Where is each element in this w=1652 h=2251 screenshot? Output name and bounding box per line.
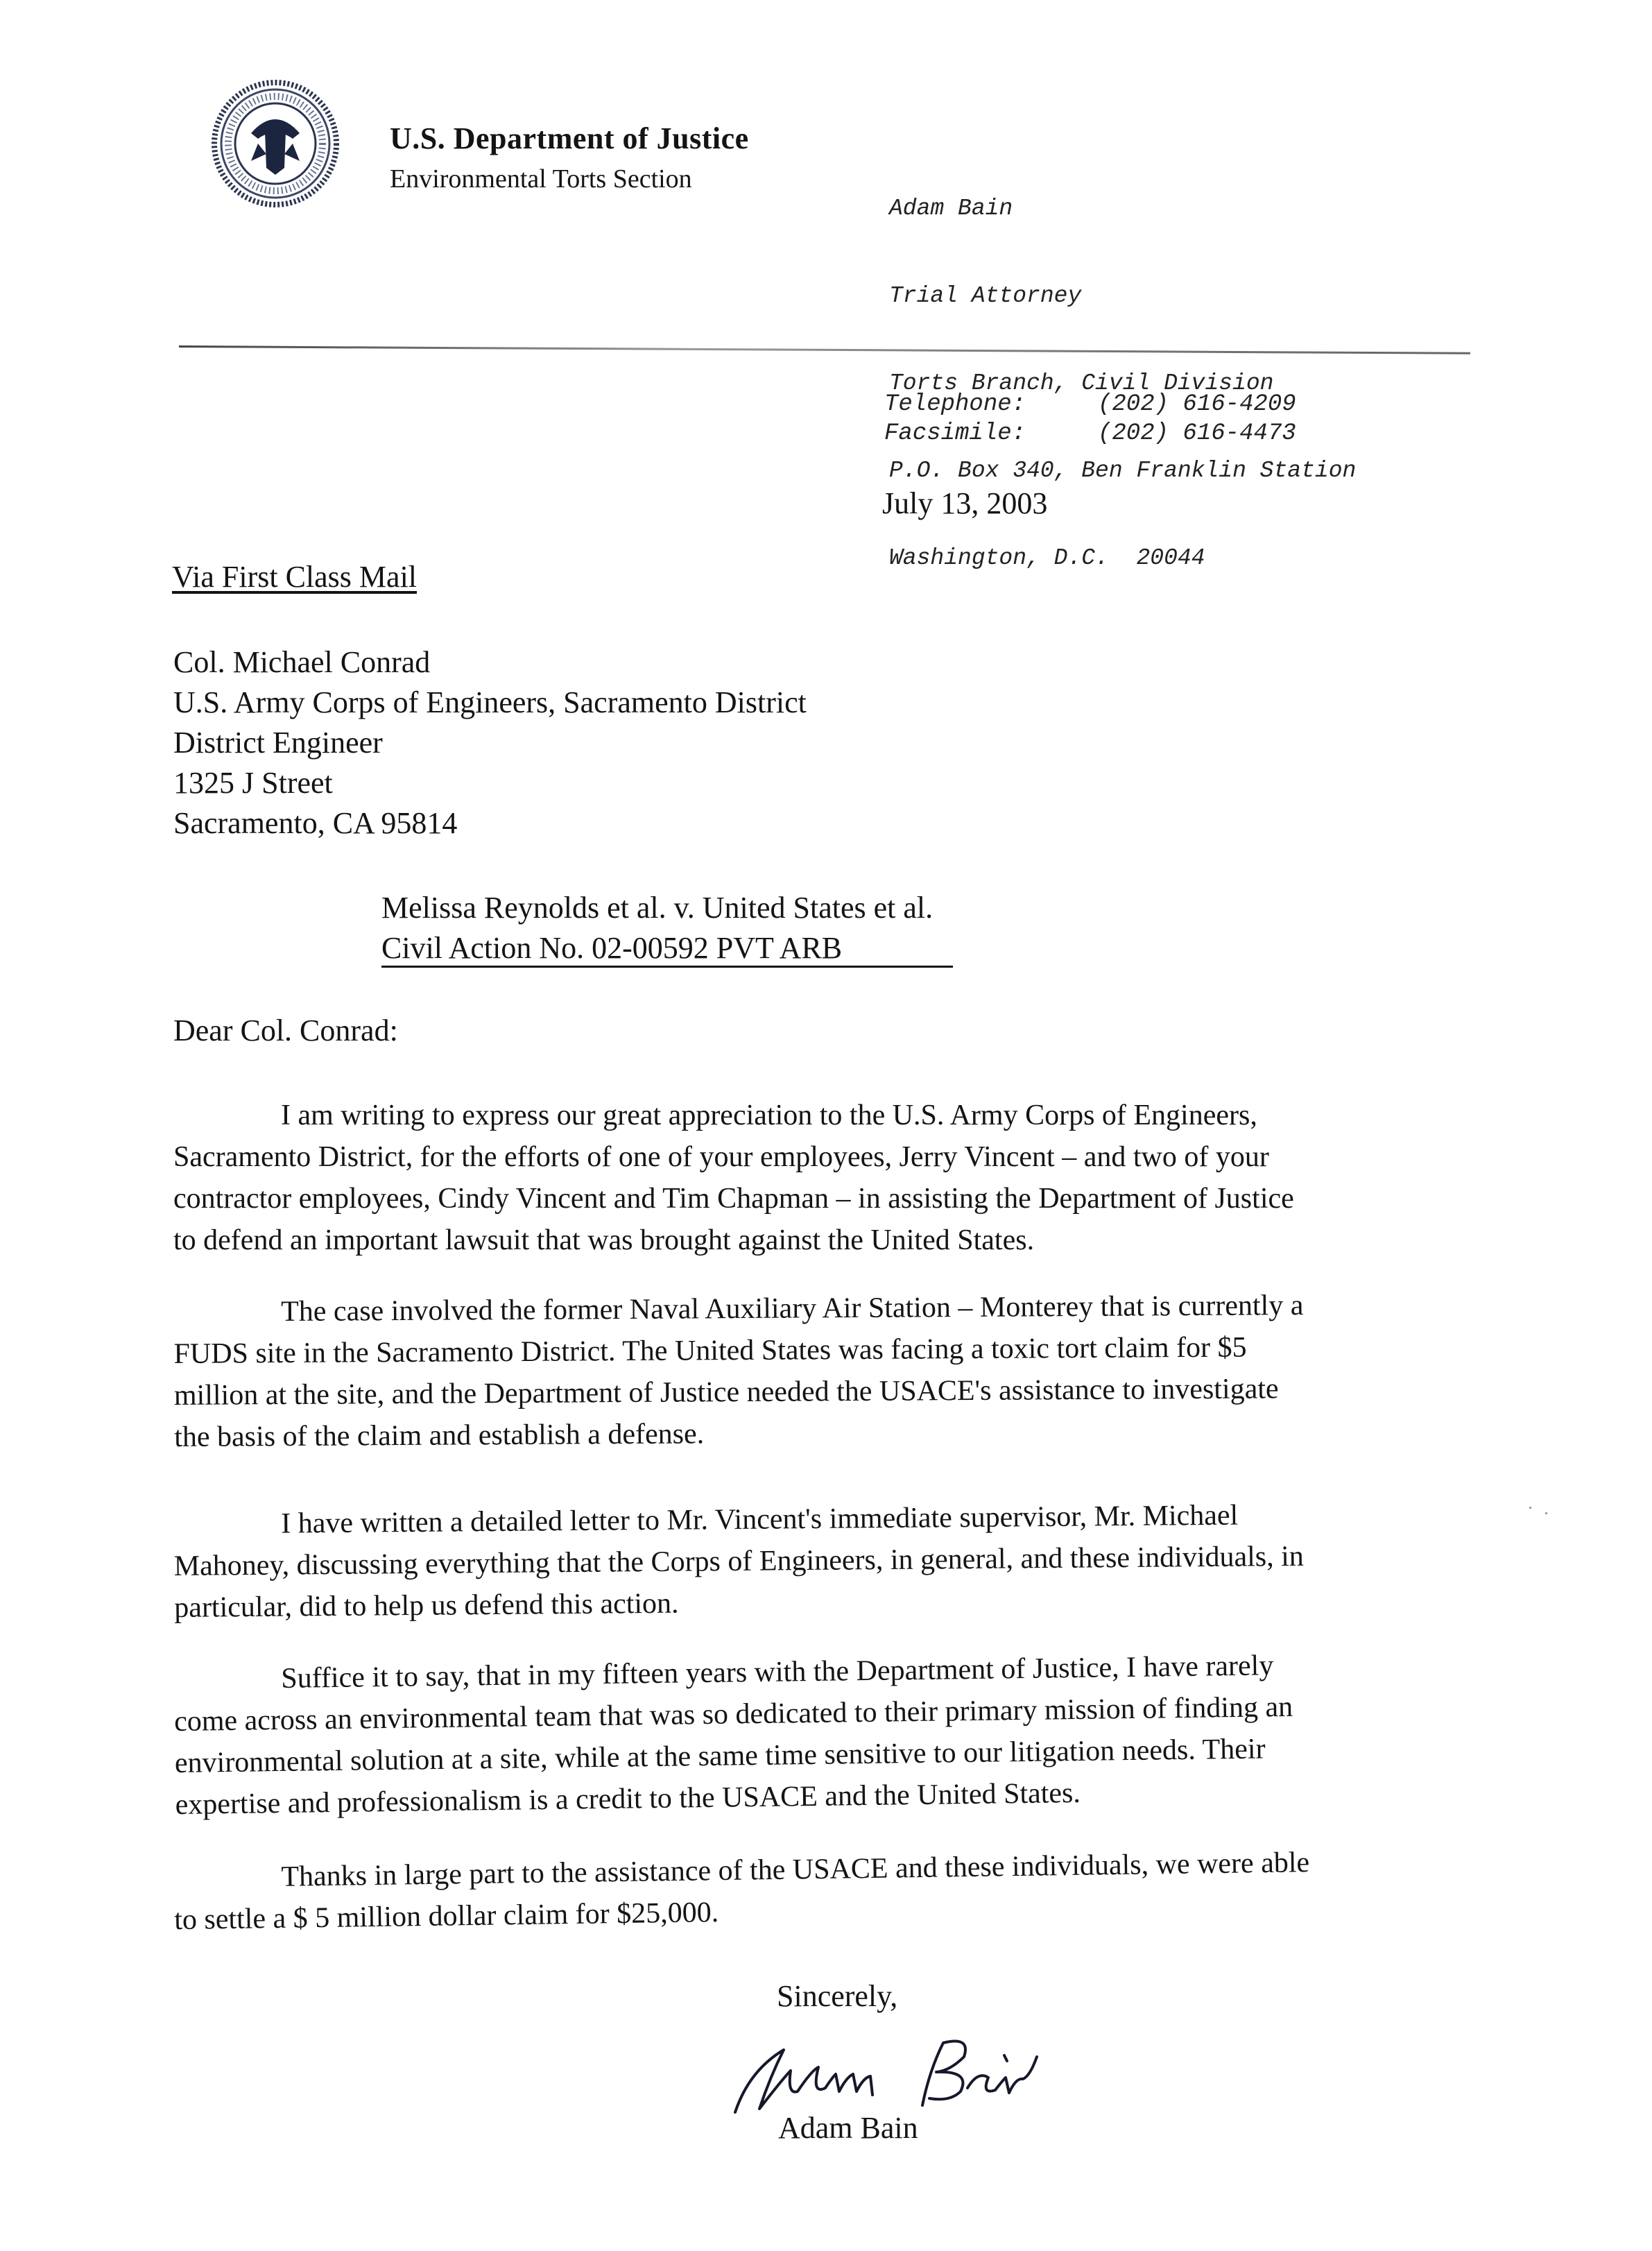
- paragraph-line: the basis of the claim and establish a d…: [174, 1409, 1478, 1458]
- fax-value: (202) 616-4473: [1098, 419, 1296, 448]
- telephone-row: Telephone: (202) 616-4209: [884, 390, 1296, 419]
- sender-title: Trial Attorney: [889, 282, 1356, 311]
- body-paragraph-5: Thanks in large part to the assistance o…: [173, 1840, 1478, 1941]
- body-paragraph-4: Suffice it to say, that in my fifteen ye…: [173, 1642, 1479, 1826]
- body-paragraph-3: I have written a detailed letter to Mr. …: [173, 1493, 1478, 1629]
- body-paragraph-2: The case involved the former Naval Auxil…: [173, 1284, 1478, 1458]
- paragraph-line: The case involved the former Naval Auxil…: [173, 1284, 1477, 1333]
- fax-label: Facsimile:: [884, 419, 1098, 448]
- sender-city: Washington, D.C. 20044: [889, 544, 1356, 573]
- scan-speck: [1529, 1507, 1531, 1509]
- contact-block: Telephone: (202) 616-4209 Facsimile: (20…: [884, 390, 1296, 448]
- body-paragraph-1: I am writing to express our great apprec…: [173, 1095, 1477, 1261]
- sender-address-block: Adam Bain Trial Attorney Torts Branch, C…: [889, 136, 1356, 602]
- signer-name: Adam Bain: [778, 2110, 918, 2146]
- letter-date: July 13, 2003: [882, 486, 1047, 521]
- paragraph-line: contractor employees, Cindy Vincent and …: [173, 1178, 1477, 1219]
- salutation: Dear Col. Conrad:: [173, 1013, 398, 1048]
- recipient-name: Col. Michael Conrad: [173, 642, 807, 683]
- doj-seal-icon: [209, 78, 341, 209]
- recipient-organization: U.S. Army Corps of Engineers, Sacramento…: [173, 683, 807, 723]
- agency-section: Environmental Torts Section: [390, 164, 692, 194]
- paragraph-line: Sacramento District, for the efforts of …: [173, 1136, 1477, 1178]
- agency-name: U.S. Department of Justice: [390, 121, 749, 156]
- scan-speck: [1545, 1512, 1547, 1514]
- telephone-label: Telephone:: [884, 390, 1098, 419]
- recipient-address-block: Col. Michael Conrad U.S. Army Corps of E…: [173, 642, 807, 844]
- sender-name: Adam Bain: [889, 194, 1356, 223]
- case-number: Civil Action No. 02-00592 PVT ARB: [381, 931, 953, 968]
- paragraph-line: to defend an important lawsuit that was …: [173, 1219, 1477, 1261]
- sender-po-box: P.O. Box 340, Ben Franklin Station: [889, 456, 1356, 486]
- recipient-title: District Engineer: [173, 723, 807, 763]
- case-caption: Melissa Reynolds et al. v. United States…: [381, 888, 953, 928]
- delivery-method: Via First Class Mail: [172, 559, 417, 594]
- closing: Sincerely,: [777, 1978, 897, 2014]
- case-reference: Melissa Reynolds et al. v. United States…: [381, 888, 953, 968]
- recipient-street: 1325 J Street: [173, 763, 807, 803]
- recipient-city: Sacramento, CA 95814: [173, 803, 807, 844]
- fax-row: Facsimile: (202) 616-4473: [884, 419, 1296, 448]
- telephone-value: (202) 616-4209: [1098, 390, 1296, 419]
- handwritten-signature-icon: [721, 2029, 1054, 2119]
- paragraph-line: I am writing to express our great apprec…: [173, 1095, 1477, 1136]
